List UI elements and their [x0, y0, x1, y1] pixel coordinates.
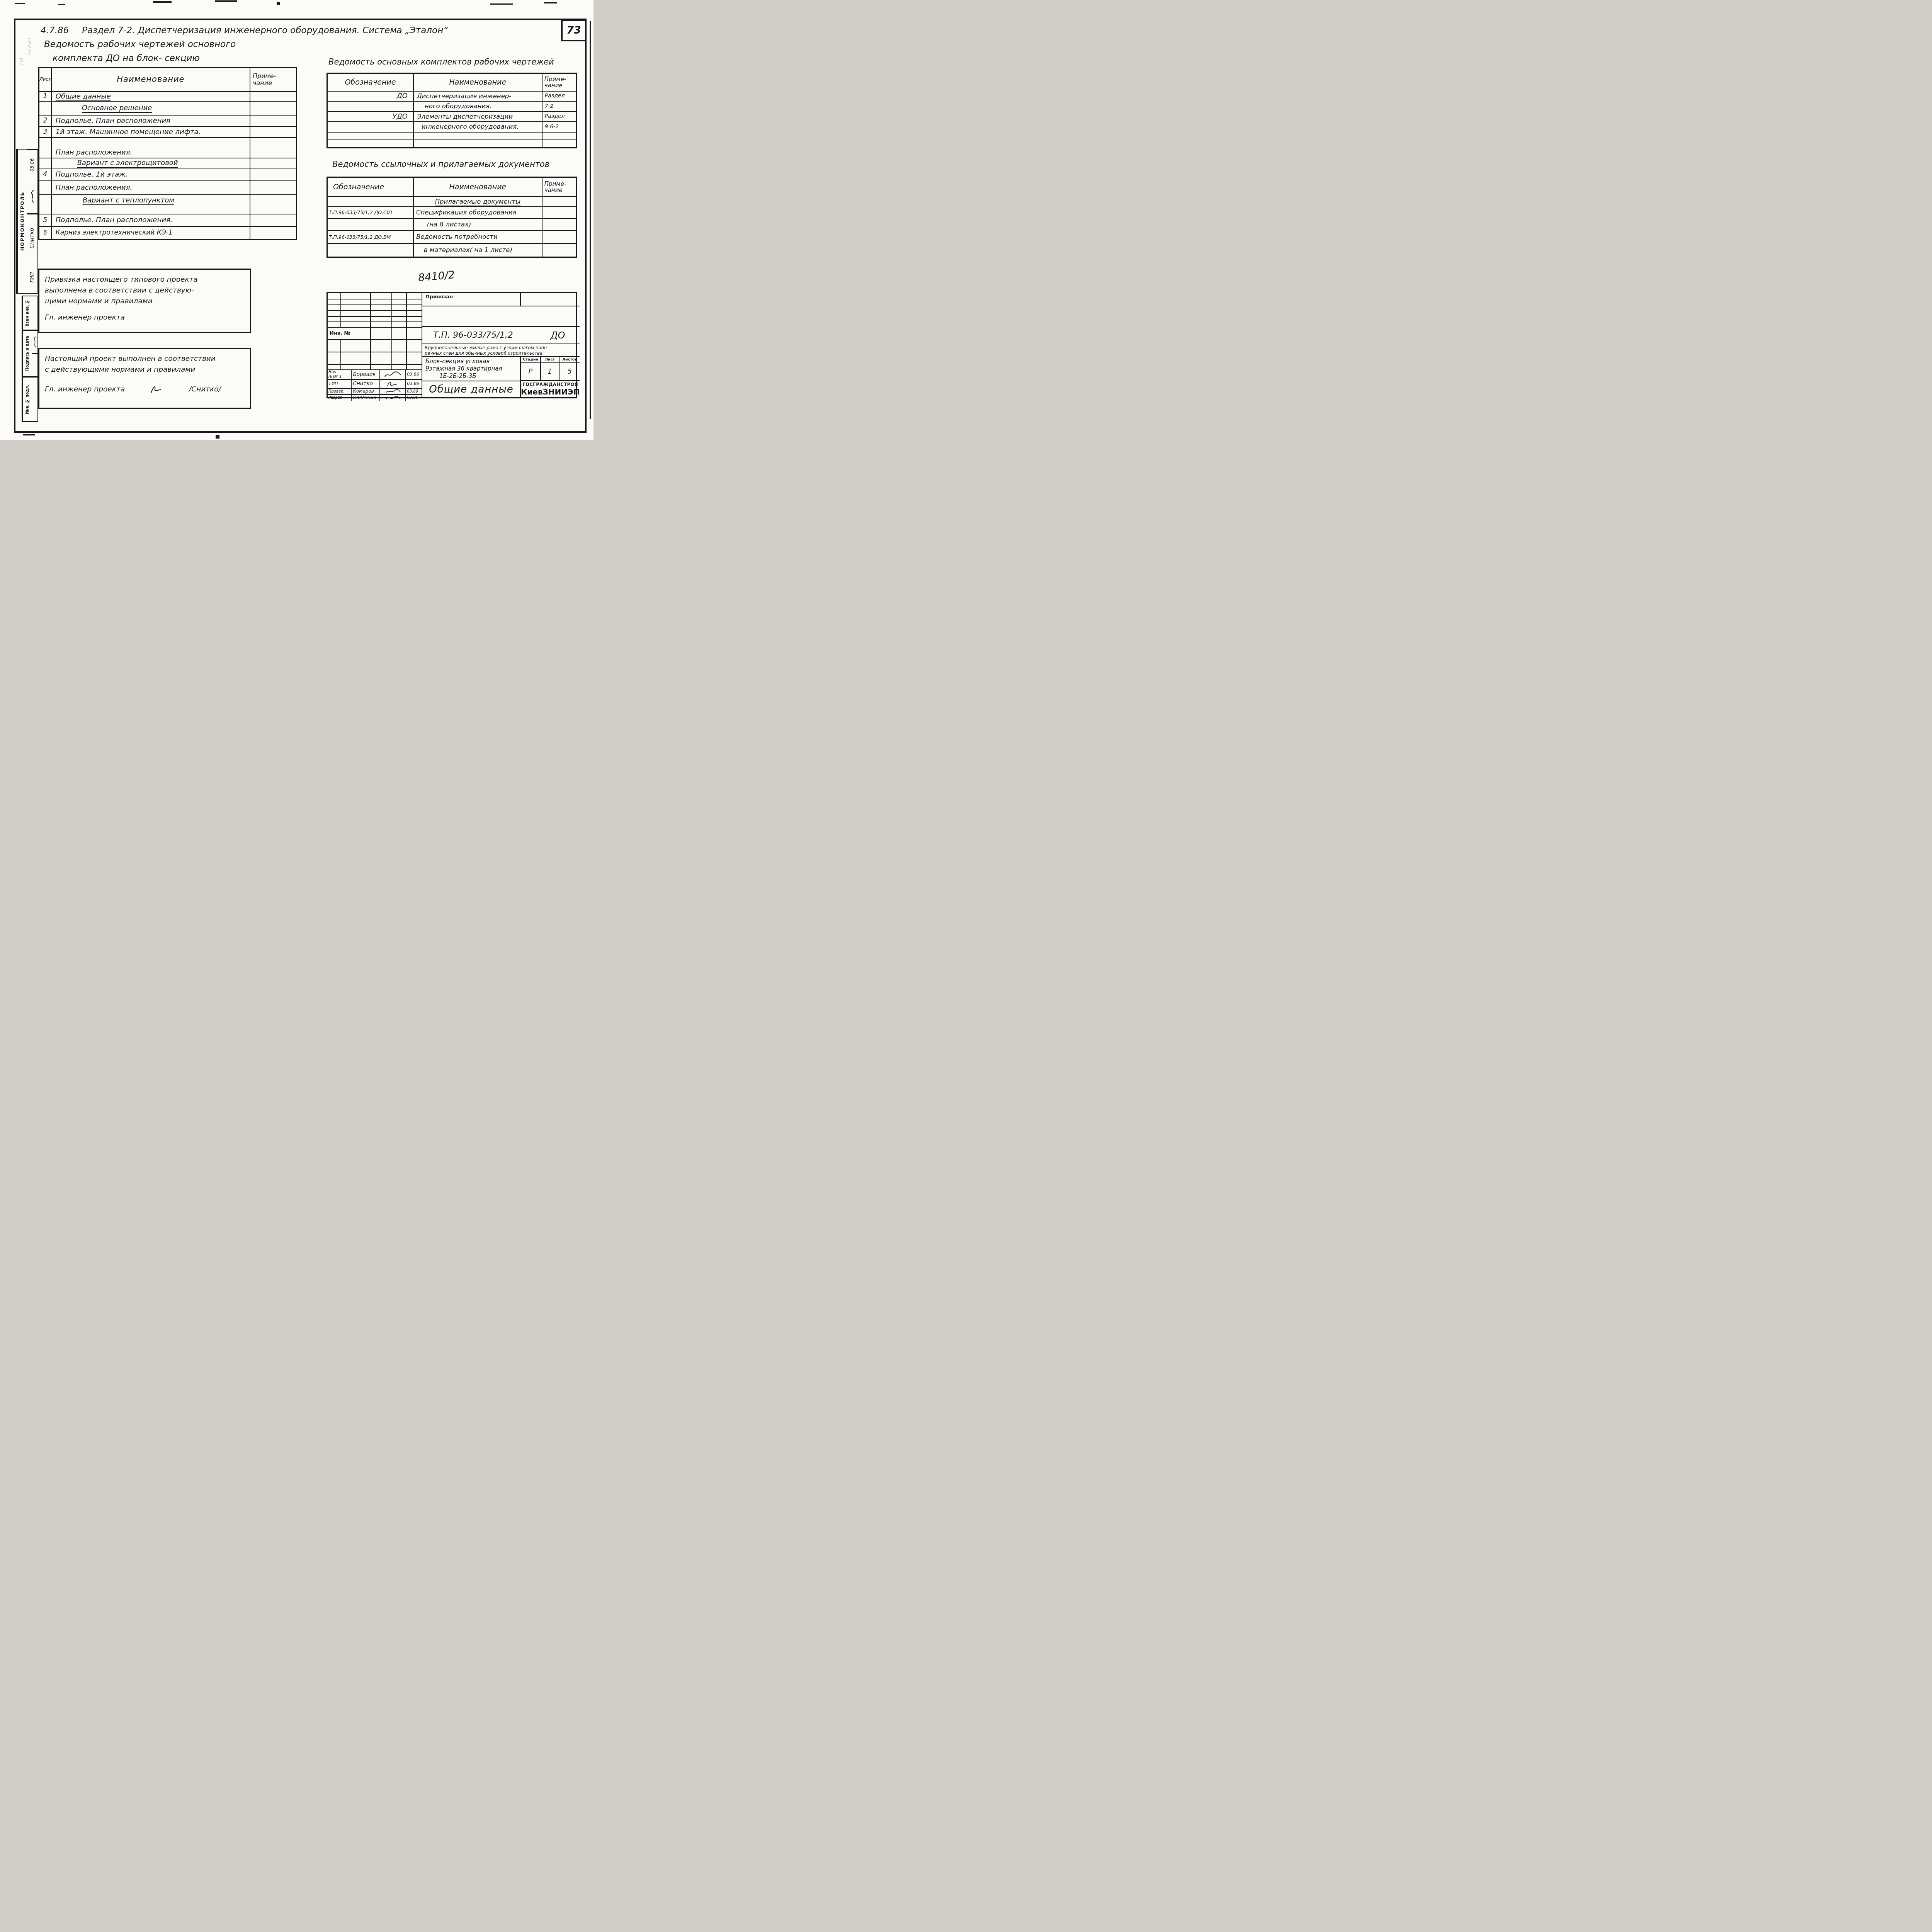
signature-mark: [385, 381, 401, 387]
sheet-title: Общие данные: [422, 381, 520, 397]
sheet-list-table: Лист Наименование Приме-чание 1 Общие да…: [38, 67, 297, 240]
doc-name: Прилагаемые документы: [413, 197, 542, 206]
normocontrol-signature: [27, 180, 37, 214]
signature-date: 03.86: [405, 370, 422, 379]
sheet-number: 1: [540, 363, 559, 380]
project-name-line: Крупнопанельные жилые дома с узким шагом…: [425, 345, 578, 350]
col-header-name: Наименование: [413, 178, 542, 196]
set-note: Раздел: [542, 92, 576, 101]
signature-date: 03.86: [405, 395, 422, 401]
sheet-name: План расположения.: [51, 138, 250, 158]
doc-name: Спецификация оборудования: [413, 207, 542, 218]
doc-title: Раздел 7-2. Диспетчеризация инженерного …: [82, 26, 448, 36]
drawing-sheet-scan: 73 ГІЛ ЗЕРНІ 4.7.86Раздел 7-2. Диспетчер…: [0, 0, 594, 440]
normocontrol-label: НОРМОКОНТРОЛЬ: [17, 150, 27, 293]
signature-name: Боровик: [351, 370, 379, 379]
normocontrol-name: Снитко: [27, 214, 37, 262]
set-code: ДО: [328, 92, 413, 101]
margin-normocontrol-block: НОРМОКОНТРОЛЬ 03.86 Снитко ГИП: [16, 149, 38, 294]
margin-label-box: Подпись и дата: [22, 330, 38, 377]
signature-role: Провер.: [328, 389, 351, 394]
signature-role: Разраб: [328, 395, 351, 401]
register-table: Обозначение Наименование Приме-чание ДО …: [327, 73, 577, 148]
sheet-name: 1й этаж. Машинное помещение лифта.: [51, 127, 250, 137]
note-line: Привязка настоящего типового проекта: [45, 274, 245, 285]
set-name: Диспетчеризация инженер-: [413, 92, 542, 101]
faint-stamp-fragment: ЗЕРНІ: [27, 37, 32, 56]
scan-artifact: [490, 3, 513, 5]
scan-artifact: [153, 1, 172, 3]
doc-name: в материалах( на 1 листе): [413, 244, 542, 257]
signature-mark: [384, 389, 401, 394]
scan-artifact: [590, 21, 591, 419]
scan-artifact: [15, 3, 25, 4]
signature-mark: [384, 396, 401, 400]
col-header-code: Обозначение: [328, 178, 413, 196]
note-line: выполнена в соответствии с действую-: [45, 285, 245, 296]
normocontrol-date: 03.86: [27, 150, 37, 180]
note-signer: Гл. инженер проекта: [45, 313, 245, 321]
col-header-note: Приме-чание: [542, 178, 576, 196]
doc-subtitle-2: комплекта ДО на блок- секцию: [53, 53, 200, 63]
object-name-line: Блок-секция угловая: [425, 358, 520, 365]
sheet-name: Подполье. 1й этаж.: [51, 168, 250, 180]
doc-name: Ведомость потребности: [413, 231, 542, 243]
sheet-name: Вариант с теплопунктом: [51, 195, 250, 214]
doc-code: Т.П.96-033/75/1,2 ДО.С01: [328, 207, 413, 218]
col-header-note: Приме-чание: [250, 68, 296, 91]
scan-artifact: [277, 2, 280, 5]
faint-stamp-fragment: ГІЛ: [19, 58, 24, 65]
margin-label: Взам инв. №: [22, 296, 32, 330]
signature-mark: [29, 189, 35, 204]
title-block-right: Привязан Т.П. 96-033/75/1,2 ДО Крупнопан…: [422, 293, 580, 397]
col-header-note: Приме-чание: [542, 74, 576, 91]
sheets-label: Листов: [559, 357, 580, 362]
sheet-name: Основное решение: [51, 102, 250, 115]
note-line: с действующими нормами и правилами: [45, 364, 245, 375]
scan-artifact: [215, 0, 237, 2]
sheet-name: Карниз электротехнический КЭ-1: [51, 227, 250, 239]
signature-cell: [379, 389, 405, 394]
sheet-no: 2: [39, 116, 51, 126]
note-box-binding: Привязка настоящего типового проекта вып…: [38, 269, 251, 333]
object-name-line: 1Б-2Б-2Б-3Б: [425, 372, 520, 380]
signature-name: Комаров: [351, 389, 379, 394]
doc-subtitle-1: Ведомость рабочих чертежей основного: [44, 39, 236, 49]
signature-mark: [32, 336, 37, 349]
margin-label-box: Взам инв. №: [22, 296, 38, 330]
col-header-sheet: Лист: [39, 68, 51, 91]
doc-name: (на 8 листах): [413, 219, 542, 230]
set-code: УДО: [328, 112, 413, 121]
sheet-no: 5: [39, 214, 51, 226]
col-header-code: Обозначение: [328, 74, 413, 91]
set-name: инженерного оборудования.: [413, 122, 542, 132]
set-name: ного оборудования.: [413, 102, 542, 111]
note-signer: Гл. инженер проекта: [45, 385, 125, 393]
signature-date: 03.86: [405, 380, 422, 388]
set-note: 9.6-2: [542, 122, 576, 132]
sheet-name: Общие данные: [51, 92, 250, 101]
sheet-no: 3: [39, 127, 51, 137]
set-code-main: ДО: [551, 330, 565, 341]
doc-date: 4.7.86: [41, 26, 69, 36]
note-line: щими нормами и правилами: [45, 296, 245, 307]
sheet-name: Вариант с электрощитовой: [51, 158, 250, 168]
title-block: Инв. № Нач АПМ-1 Боровик 03.86 ГИП Снитк…: [327, 292, 577, 398]
signature-name: Пасечник: [351, 395, 379, 401]
signature-date: 03.86: [405, 389, 422, 394]
signature-cell: [379, 380, 405, 388]
organization-line: ГОСГРАЖДАНСТРОЯ: [522, 382, 578, 387]
scan-artifact: [216, 435, 219, 439]
sheet-name: Подполье. План расположения.: [51, 214, 250, 226]
note-signer-name: /Снитко/: [189, 385, 221, 393]
signature-cell: [379, 370, 405, 379]
scan-artifact: [58, 4, 65, 5]
ref-docs-table-title: Ведомость ссылочных и прилагаемых докуме…: [332, 160, 549, 169]
signature-mark: [383, 371, 403, 378]
organization-line: КиевЗНИИЭП: [521, 387, 580, 396]
note-line: Настоящий проект выполнен в соответствии: [45, 354, 245, 364]
set-name: Элементы диспетчеризации: [413, 112, 542, 121]
signature-mark: [148, 384, 171, 395]
col-header-name: Наименование: [413, 74, 542, 91]
col-header-name: Наименование: [51, 68, 250, 91]
register-table-title: Ведомость основных комплектов рабочих че…: [328, 57, 554, 66]
margin-label: Инв. № подл.: [22, 378, 32, 421]
signature-role: ГИП: [328, 380, 351, 388]
sheet-no: 1: [39, 92, 51, 101]
doc-header-line: 4.7.86Раздел 7-2. Диспетчеризация инжене…: [41, 26, 448, 36]
set-note: 7-2: [542, 102, 576, 111]
sheets-total: 5: [559, 363, 580, 380]
page-number-box: 73: [561, 19, 587, 41]
signature-cell: [379, 395, 405, 401]
stage-label: Стадия: [521, 357, 540, 362]
set-note: Раздел: [542, 112, 576, 121]
object-name-line: 9этажная 36 квартирная: [425, 365, 520, 372]
sheet-name: Подполье. План расположения: [51, 116, 250, 126]
stage-value: Р: [521, 363, 540, 380]
scan-artifact: [544, 2, 557, 3]
project-name-line: речных стен для обычных условий строител…: [425, 350, 578, 356]
note-box-compliance: Настоящий проект выполнен в соответствии…: [38, 348, 251, 409]
signature-name: Снитко: [351, 380, 379, 388]
sheet-name: План расположения.: [51, 181, 250, 194]
scan-artifact: [23, 434, 35, 435]
signature-role: Нач АПМ-1: [328, 370, 351, 379]
title-block-left-grid: Инв. № Нач АПМ-1 Боровик 03.86 ГИП Снитк…: [328, 293, 422, 397]
sheet-no: 6: [39, 227, 51, 239]
normocontrol-role: ГИП: [27, 262, 37, 293]
page-number: 73: [566, 24, 581, 36]
doc-code: Т.П.96-033/75/1,2 ДО.ВМ: [328, 231, 413, 243]
inventory-number-label: Инв. №: [328, 328, 370, 339]
sheet-no: 4: [39, 168, 51, 180]
margin-label: Подпись и дата: [22, 331, 32, 376]
ref-docs-table: Обозначение Наименование Приме-чание При…: [327, 177, 577, 258]
margin-label-box: Инв. № подл.: [22, 377, 38, 422]
sheet-label: Лист: [540, 357, 559, 362]
doc-number: Т.П. 96-033/75/1,2: [433, 330, 513, 340]
attached-label: Привязан: [422, 293, 521, 306]
